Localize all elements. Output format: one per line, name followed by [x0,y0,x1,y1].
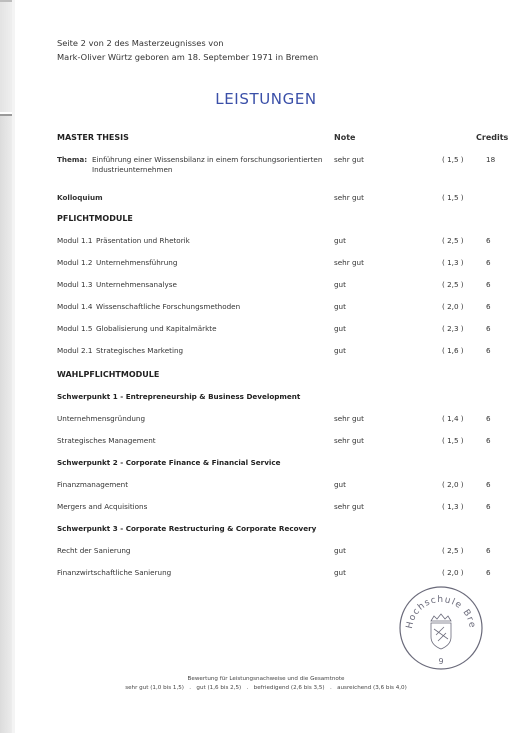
header-line-2: Mark-Oliver Würtz geboren am 18. Septemb… [57,50,318,64]
course-grade: ( 2,0 ) [442,480,464,489]
module-number: Modul 1.5 [57,324,92,333]
module-credits: 6 [486,258,491,267]
schwerpunkt-title: Schwerpunkt 1 - Entrepreneurship & Busin… [57,392,300,401]
document-header: Seite 2 von 2 des Masterzeugnisses von M… [57,36,318,64]
course-grade: ( 1,4 ) [442,414,464,423]
course-note: sehr gut [334,414,364,423]
kolloquium-label: Kolloquium [57,193,103,202]
course-name: Strategisches Management [57,436,156,445]
module-number: Modul 1.1 [57,236,92,245]
grading-legend-scale: sehr gut (1,0 bis 1,5) . gut (1,6 bis 2,… [0,684,532,693]
course-note: gut [334,546,346,555]
module-credits: 6 [486,346,491,355]
module-name: Unternehmensführung [96,258,177,267]
stamp-number: 9 [438,657,443,666]
course-name: Mergers and Acquisitions [57,502,147,511]
module-name: Unternehmensanalyse [96,280,177,289]
course-credits: 6 [486,480,491,489]
thema-label: Thema: [57,155,87,164]
course-credits: 6 [486,546,491,555]
grading-legend-title: Bewertung für Leistungsnachweise und die… [0,675,532,684]
module-credits: 6 [486,324,491,333]
module-grade: ( 2,5 ) [442,280,464,289]
coat-of-arms-icon [431,614,451,649]
module-note: gut [334,324,346,333]
schwerpunkt-title: Schwerpunkt 3 - Corporate Restructuring … [57,524,316,533]
kolloquium-note: sehr gut [334,193,364,202]
module-number: Modul 2.1 [57,346,92,355]
course-note: gut [334,568,346,577]
course-note: sehr gut [334,502,364,511]
course-name: Unternehmensgründung [57,414,145,423]
module-note: gut [334,346,346,355]
page-title: LEISTUNGEN [0,90,532,108]
thema-note: sehr gut [334,155,364,164]
university-stamp: Hochschule Bremen 9 [398,585,484,671]
course-grade: ( 2,0 ) [442,568,464,577]
thema-grade: ( 1,5 ) [442,155,464,164]
course-note: sehr gut [334,436,364,445]
course-grade: ( 1,3 ) [442,502,464,511]
module-number: Modul 1.2 [57,258,92,267]
thema-credits: 18 [486,155,495,164]
note-column-header: Note [334,133,355,142]
course-grade: ( 2,5 ) [442,546,464,555]
wahlpflicht-heading: WAHLPFLICHTMODULE [57,370,159,379]
module-note: gut [334,236,346,245]
module-name: Wissenschaftliche Forschungsmethoden [96,302,240,311]
pflicht-heading: PFLICHTMODULE [57,214,133,223]
grading-legend: Bewertung für Leistungsnachweise und die… [0,675,532,693]
course-credits: 6 [486,414,491,423]
module-name: Strategisches Marketing [96,346,183,355]
module-note: gut [334,280,346,289]
course-name: Finanzmanagement [57,480,128,489]
header-line-1: Seite 2 von 2 des Masterzeugnisses von [57,36,318,50]
module-credits: 6 [486,302,491,311]
scan-edge-line [12,0,15,733]
thema-text: Einführung einer Wissensbilanz in einem … [92,155,322,175]
scan-edge [0,114,12,733]
module-name: Präsentation und Rhetorik [96,236,190,245]
module-number: Modul 1.4 [57,302,92,311]
module-grade: ( 1,3 ) [442,258,464,267]
thema-text-line-2: Industrieunternehmen [92,165,322,175]
thema-text-line-1: Einführung einer Wissensbilanz in einem … [92,155,322,165]
course-credits: 6 [486,502,491,511]
credits-column-header: Credits [476,133,508,142]
stamp-seal-icon: Hochschule Bremen 9 [398,585,484,671]
thesis-heading: MASTER THESIS [57,133,129,142]
module-note: gut [334,302,346,311]
course-note: gut [334,480,346,489]
module-credits: 6 [486,280,491,289]
module-number: Modul 1.3 [57,280,92,289]
module-name: Globalisierung und Kapitalmärkte [96,324,217,333]
kolloquium-grade: ( 1,5 ) [442,193,464,202]
course-credits: 6 [486,568,491,577]
module-note: sehr gut [334,258,364,267]
module-grade: ( 2,0 ) [442,302,464,311]
module-credits: 6 [486,236,491,245]
course-name: Recht der Sanierung [57,546,131,555]
course-grade: ( 1,5 ) [442,436,464,445]
module-grade: ( 1,6 ) [442,346,464,355]
course-name: Finanzwirtschaftliche Sanierung [57,568,171,577]
module-grade: ( 2,5 ) [442,236,464,245]
course-credits: 6 [486,436,491,445]
schwerpunkt-title: Schwerpunkt 2 - Corporate Finance & Fina… [57,458,281,467]
module-grade: ( 2,3 ) [442,324,464,333]
